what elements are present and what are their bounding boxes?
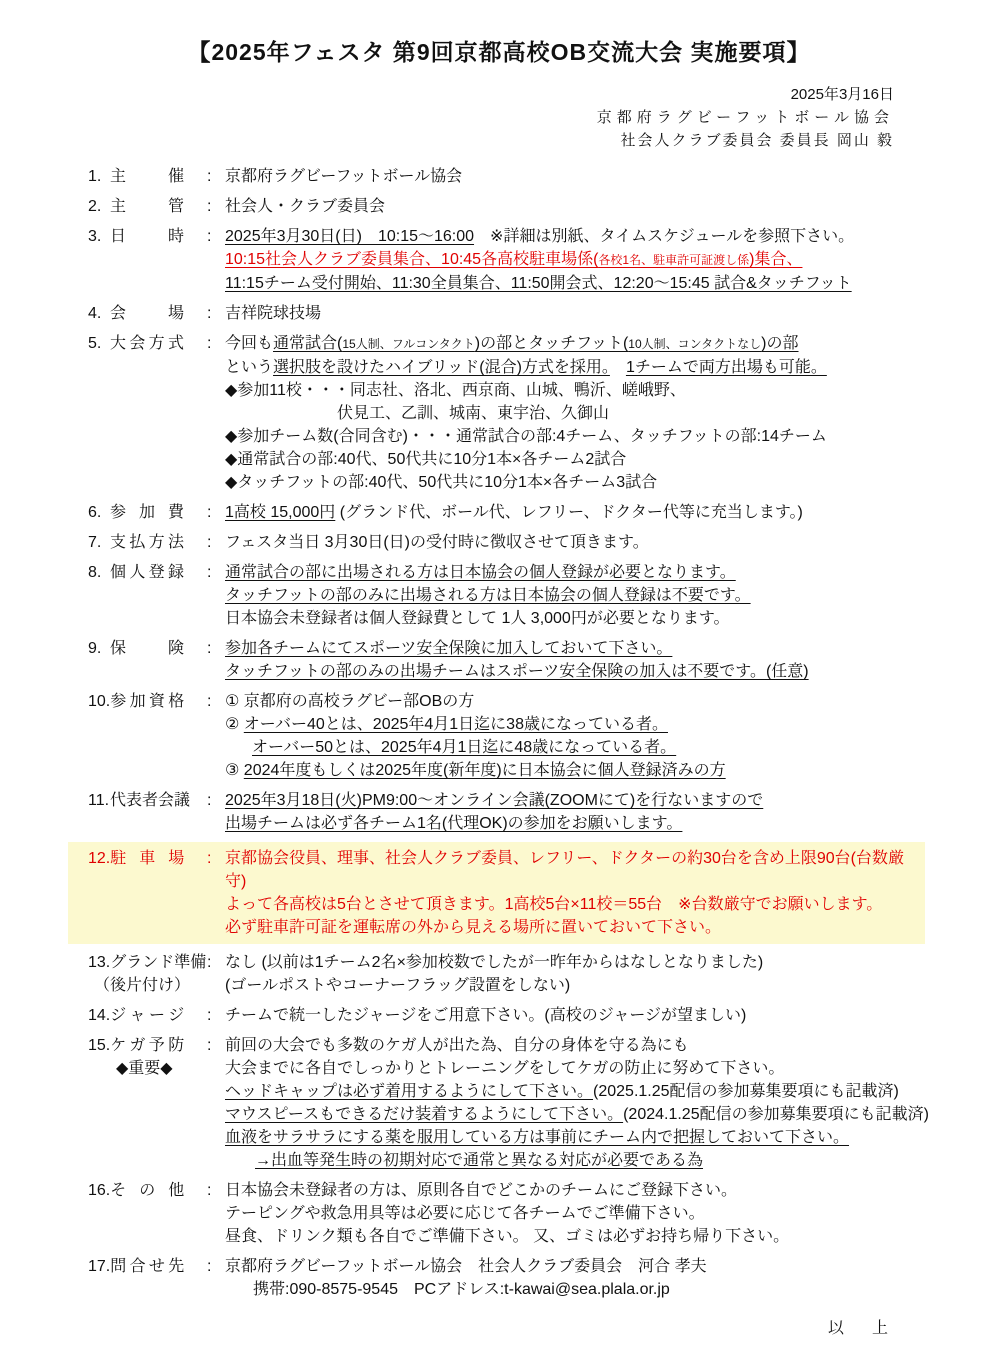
item-row-1: 1.主催:京都府ラグビーフットボール協会 [88, 165, 940, 188]
item-label-text: 代表者会議 [110, 789, 190, 812]
item-label: 15.ケガ予防◆重要◆ [88, 1034, 207, 1172]
text-segment: 大会までに各自でしっかりとトレーニングをしてケガの防止に努めて下さい。 [225, 1060, 784, 1077]
document-page: 【2025年フェスタ 第9回京都高校OB交流大会 実施要項】 2025年3月16… [0, 0, 1000, 1363]
item-label: 12.駐車場 [88, 847, 207, 939]
item-label-text: 主管 [110, 195, 184, 218]
content-line: という選択肢を設けたハイブリッド(混合)方式を採用。 1チームで両方出場も可能。 [225, 356, 940, 379]
item-content: 2025年3月18日(火)PM9:00～オンライン会議(ZOOMにて)を行ないま… [225, 789, 940, 835]
text-segment: 選択肢を設けたハイブリッド(混合)方式を採用。 [273, 359, 610, 376]
content-line: ◆通常試合の部:40代、50代共に10分1本×各チーム2試合 [225, 448, 940, 471]
item-row-6: 6.参加費:1高校 15,000円 (グランド代、ボール代、レフリー、ドクター代… [88, 501, 940, 524]
content-line: 日本協会未登録者の方は、原則各自でどこかのチームにご登録下さい。 [225, 1179, 940, 1202]
content-line: 日本協会未登録者は個人登録費として 1人 3,000円が必要となります。 [225, 607, 940, 630]
item-row-13: 13.グランド準備（後片付け）:なし (以前は1チーム2名×参加校数でしたが一昨… [88, 951, 940, 997]
text-segment: オーバー40とは、2025年4月1日迄に38歳になっている者。 [244, 716, 668, 733]
item-row-12: 12.駐車場:京都協会役員、理事、社会人クラブ委員、レフリー、ドクターの約30台… [68, 842, 925, 944]
content-line: 京都府ラグビーフットボール協会 社会人クラブ委員会 河合 孝夫 [225, 1255, 940, 1278]
label-colon: : [207, 951, 225, 997]
closing-mark: 以 上 [88, 1315, 894, 1338]
label-colon: : [207, 1255, 225, 1301]
text-segment: ② [225, 716, 244, 733]
content-line: 11:15チーム受付開始、11:30全員集合、11:50開会式、12:20～15… [225, 272, 940, 295]
content-line: 大会までに各自でしっかりとトレーニングをしてケガの防止に努めて下さい。 [225, 1057, 940, 1080]
label-colon: : [207, 195, 225, 218]
text-segment: 日本協会未登録者の方は、原則各自でどこかのチームにご登録下さい。 [225, 1182, 737, 1199]
text-segment: ◆参加チーム数(合同含む)・・・通常試合の部:4チーム、タッチフットの部:14チ… [225, 428, 827, 445]
item-row-5: 5.大会方式:今回も通常試合(15人制、フルコンタクト)の部とタッチフット(10… [88, 332, 940, 494]
content-line: 血液をサラサラにする薬を服用している方は事前にチーム内で把握しておいて下さい。 [225, 1126, 940, 1149]
item-label-text: グランド準備 [110, 951, 206, 974]
label-colon: : [207, 531, 225, 554]
text-segment: (2024.1.25配信の参加募集要項にも記載済) [623, 1106, 929, 1123]
item-content: 日本協会未登録者の方は、原則各自でどこかのチームにご登録下さい。テーピングや救急… [225, 1179, 940, 1248]
text-segment: (ゴールポストやコーナーフラッグ設置をしない) [225, 977, 570, 994]
label-colon: : [207, 1004, 225, 1027]
text-segment: フェスタ当日 3月30日(日)の受付時に徴収させて頂きます。 [225, 534, 649, 551]
item-label-text: 支払方法 [110, 531, 184, 554]
content-line: 今回も通常試合(15人制、フルコンタクト)の部とタッチフット(10人制、コンタク… [225, 332, 940, 356]
content-line: ③ 2024年度もしくは2025年度(新年度)に日本協会に個人登録済みの方 [225, 759, 940, 782]
text-segment: 出場チームは必ず各チーム1名(代理OK)の参加をお願いします。 [225, 815, 682, 832]
item-label: 3.日時 [88, 225, 207, 295]
content-line: マウスピースもできるだけ装着するようにして下さい。(2024.1.25配信の参加… [225, 1103, 940, 1126]
label-colon: : [207, 690, 225, 782]
content-line: 2025年3月30日(日) 10:15～16:00 ※詳細は別紙、タイムスケジュ… [225, 225, 940, 248]
text-segment: という [225, 359, 273, 376]
text-segment: )集合、 [749, 251, 802, 268]
item-number: 11. [88, 789, 110, 812]
item-label-text: 会場 [110, 302, 184, 325]
item-number: 9. [88, 637, 110, 660]
item-row-17: 17.問合せ先:京都府ラグビーフットボール協会 社会人クラブ委員会 河合 孝夫携… [88, 1255, 940, 1301]
label-colon: : [207, 637, 225, 683]
item-label-text: その他 [110, 1179, 184, 1202]
item-content: 今回も通常試合(15人制、フルコンタクト)の部とタッチフット(10人制、コンタク… [225, 332, 940, 494]
content-line: よって各高校は5台とさせて頂きます。1高校5台×11校＝55台 ※台数厳守でお願… [225, 893, 925, 916]
item-content: フェスタ当日 3月30日(日)の受付時に徴収させて頂きます。 [225, 531, 940, 554]
item-number: 12. [88, 847, 110, 870]
text-segment: →出血等発生時の初期対応で通常と異なる対応が必要である為 [255, 1152, 703, 1169]
item-number: 14. [88, 1004, 110, 1027]
text-segment: 必ず駐車許可証を運転席の外から見える場所に置いておいて下さい。 [225, 919, 721, 936]
text-segment: ③ [225, 762, 244, 779]
item-label: 6.参加費 [88, 501, 207, 524]
text-segment: 今回も [225, 335, 273, 352]
item-label-text: 日時 [110, 225, 184, 248]
content-line: ◆参加11校・・・同志社、洛北、西京商、山城、鴨沂、嵯峨野、 [225, 379, 940, 402]
chairperson-line: 社会人クラブ委員会 委員長 岡山 毅 [88, 129, 894, 152]
text-segment: よって各高校は5台とさせて頂きます。1高校5台×11校＝55台 ※台数厳守でお願… [225, 896, 882, 913]
text-segment: 京都府ラグビーフットボール協会 社会人クラブ委員会 河合 孝夫 [225, 1258, 707, 1275]
label-colon: : [207, 1179, 225, 1248]
text-segment: タッチフットの部のみに出場される方は日本協会の個人登録は不要です。 [225, 587, 751, 604]
item-label: 17.問合せ先 [88, 1255, 207, 1301]
item-content: 社会人・クラブ委員会 [225, 195, 940, 218]
content-line: オーバー50とは、2025年4月1日迄に48歳になっている者。 [225, 736, 940, 759]
label-colon: : [207, 561, 225, 630]
text-segment: 各校1名、駐車許可証渡し係 [598, 253, 749, 267]
item-label: 16.その他 [88, 1179, 207, 1248]
item-label-text: 大会方式 [110, 332, 184, 355]
label-colon: : [207, 1034, 225, 1172]
text-segment: 1チームで両方出場も可能。 [626, 359, 827, 376]
item-number: 2. [88, 195, 110, 218]
text-segment: 10人制、コンタクトなし [628, 337, 761, 351]
item-label-text: 参加資格 [110, 690, 184, 713]
content-line: 吉祥院球技場 [225, 302, 940, 325]
text-segment: 通常試合の部に出場される方は日本協会の個人登録が必要となります。 [225, 564, 736, 581]
text-segment: 11:15チーム受付開始、11:30全員集合、11:50開会式、12:20～15… [225, 275, 852, 292]
label-colon: : [207, 501, 225, 524]
content-line: タッチフットの部のみの出場チームはスポーツ安全保険の加入は不要です。(任意) [225, 660, 940, 683]
text-segment: ◆参加11校・・・同志社、洛北、西京商、山城、鴨沂、嵯峨野、 [225, 382, 686, 399]
content-line: 携帯:090-8575-9545 PCアドレス:t-kawai@sea.plal… [225, 1278, 940, 1301]
item-sublabel: ◆重要◆ [116, 1057, 207, 1080]
content-line: ◆タッチフットの部:40代、50代共に10分1本×各チーム3試合 [225, 471, 940, 494]
text-segment: 2024年度もしくは2025年度(新年度)に日本協会に個人登録済みの方 [244, 762, 726, 779]
text-segment: 血液をサラサラにする薬を服用している方は事前にチーム内で把握しておいて下さい。 [225, 1129, 849, 1146]
text-segment: 京都府ラグビーフットボール協会 [225, 168, 462, 185]
text-segment: オーバー50とは、2025年4月1日迄に48歳になっている者。 [252, 739, 676, 756]
item-number: 5. [88, 332, 110, 355]
content-line: テーピングや救急用具等は必要に応じて各チームでご準備下さい。 [225, 1202, 940, 1225]
content-line: なし (以前は1チーム2名×参加校数でしたが一昨年からはなしとなりました) [225, 951, 940, 974]
issuing-organization: 京都府ラグビーフットボール協会 [88, 106, 894, 129]
item-label-text: ケガ予防 [110, 1034, 184, 1057]
items-list: 1.主催:京都府ラグビーフットボール協会2.主管:社会人・クラブ委員会3.日時:… [88, 165, 940, 1301]
text-segment: 昼食、ドリンク類も各自でご準備下さい。 又、ゴミは必ずお持ち帰り下さい。 [225, 1228, 789, 1245]
content-line: 京都府ラグビーフットボール協会 [225, 165, 940, 188]
text-segment: 京都協会役員、理事、社会人クラブ委員、レフリー、ドクターの約30台を含め上限90… [225, 850, 904, 890]
content-line: 参加各チームにてスポーツ安全保険に加入しておいて下さい。 [225, 637, 940, 660]
text-segment: 15人制、フルコンタクト [342, 337, 474, 351]
text-segment: 1高校 15,000円 [225, 504, 335, 521]
item-label: 9.保険 [88, 637, 207, 683]
item-row-16: 16.その他:日本協会未登録者の方は、原則各自でどこかのチームにご登録下さい。テ… [88, 1179, 940, 1248]
text-segment [610, 359, 626, 376]
label-colon: : [207, 789, 225, 835]
text-segment: 携帯:090-8575-9545 PCアドレス:t-kawai@sea.plal… [253, 1281, 670, 1298]
item-label-text: 個人登録 [110, 561, 184, 584]
text-segment: 2025年3月30日(日) 10:15～16:00 [225, 228, 474, 245]
item-row-9: 9.保険:参加各チームにてスポーツ安全保険に加入しておいて下さい。タッチフットの… [88, 637, 940, 683]
item-row-15: 15.ケガ予防◆重要◆:前回の大会でも多数のケガ人が出た為、自分の身体を守る為に… [88, 1034, 940, 1172]
text-segment: (2025.1.25配信の参加募集要項にも記載済) [593, 1083, 899, 1100]
item-number: 16. [88, 1179, 110, 1202]
text-segment: なし (以前は1チーム2名×参加校数でしたが一昨年からはなしとなりました) [225, 954, 763, 971]
label-colon: : [207, 847, 225, 939]
item-number: 1. [88, 165, 110, 188]
text-segment: 日本協会未登録者は個人登録費として 1人 3,000円が必要となります。 [225, 610, 730, 627]
label-colon: : [207, 165, 225, 188]
item-number: 4. [88, 302, 110, 325]
content-line: (ゴールポストやコーナーフラッグ設置をしない) [225, 974, 940, 997]
page-title: 【2025年フェスタ 第9回京都高校OB交流大会 実施要項】 [58, 34, 940, 67]
item-label: 4.会場 [88, 302, 207, 325]
content-line: 伏見工、乙訓、城南、東宇治、久御山 [225, 402, 940, 425]
content-line: 2025年3月18日(火)PM9:00～オンライン会議(ZOOMにて)を行ないま… [225, 789, 940, 812]
text-segment: 吉祥院球技場 [225, 305, 321, 322]
item-row-8: 8.個人登録:通常試合の部に出場される方は日本協会の個人登録が必要となります。タ… [88, 561, 940, 630]
text-segment: チームで統一したジャージをご用意下さい。(高校のジャージが望ましい) [225, 1007, 746, 1024]
item-label: 11.代表者会議 [88, 789, 207, 835]
item-number: 15. [88, 1034, 110, 1057]
item-label-text: 問合せ先 [110, 1255, 184, 1278]
item-content: チームで統一したジャージをご用意下さい。(高校のジャージが望ましい) [225, 1004, 940, 1027]
content-line: 1高校 15,000円 (グランド代、ボール代、レフリー、ドクター代等に充当しま… [225, 501, 940, 524]
content-line: ◆参加チーム数(合同含む)・・・通常試合の部:4チーム、タッチフットの部:14チ… [225, 425, 940, 448]
item-content: 京都府ラグビーフットボール協会 社会人クラブ委員会 河合 孝夫携帯:090-85… [225, 1255, 940, 1301]
label-colon: : [207, 302, 225, 325]
text-segment: 2025年3月18日(火)PM9:00～オンライン会議(ZOOMにて)を行ないま… [225, 792, 763, 809]
item-label: 14.ジャージ [88, 1004, 207, 1027]
item-label: 13.グランド準備（後片付け） [88, 951, 207, 997]
item-content: 吉祥院球技場 [225, 302, 940, 325]
item-content: 1高校 15,000円 (グランド代、ボール代、レフリー、ドクター代等に充当しま… [225, 501, 940, 524]
item-content: なし (以前は1チーム2名×参加校数でしたが一昨年からはなしとなりました)(ゴー… [225, 951, 940, 997]
text-segment: テーピングや救急用具等は必要に応じて各チームでご準備下さい。 [225, 1205, 705, 1222]
item-label-text: 駐車場 [110, 847, 184, 870]
content-line: チームで統一したジャージをご用意下さい。(高校のジャージが望ましい) [225, 1004, 940, 1027]
text-segment: ◆通常試合の部:40代、50代共に10分1本×各チーム2試合 [225, 451, 626, 468]
item-number: 17. [88, 1255, 110, 1278]
issue-date: 2025年3月16日 [88, 83, 894, 106]
content-line: 10:15社会人クラブ委員集合、10:45各高校駐車場係(各校1名、駐車許可証渡… [225, 248, 940, 272]
content-line: 通常試合の部に出場される方は日本協会の個人登録が必要となります。 [225, 561, 940, 584]
item-row-14: 14.ジャージ:チームで統一したジャージをご用意下さい。(高校のジャージが望まし… [88, 1004, 940, 1027]
item-label: 8.個人登録 [88, 561, 207, 630]
item-content: 京都協会役員、理事、社会人クラブ委員、レフリー、ドクターの約30台を含め上限90… [225, 847, 925, 939]
item-content: 通常試合の部に出場される方は日本協会の個人登録が必要となります。タッチフットの部… [225, 561, 940, 630]
item-row-3: 3.日時:2025年3月30日(日) 10:15～16:00 ※詳細は別紙、タイ… [88, 225, 940, 295]
item-row-10: 10.参加資格:① 京都府の高校ラグビー部OBの方② オーバー40とは、2025… [88, 690, 940, 782]
item-number: 7. [88, 531, 110, 554]
text-segment: タッチフットの部のみの出場チームはスポーツ安全保険の加入は不要です。(任意) [225, 663, 809, 680]
item-label-text: 主催 [110, 165, 184, 188]
text-segment: 伏見工、乙訓、城南、東宇治、久御山 [337, 405, 609, 422]
content-line: 昼食、ドリンク類も各自でご準備下さい。 又、ゴミは必ずお持ち帰り下さい。 [225, 1225, 940, 1248]
item-number: 6. [88, 501, 110, 524]
text-segment: ヘッドキャップは必ず着用するようにして下さい。 [225, 1083, 593, 1100]
text-segment: 10:15社会人クラブ委員集合、10:45各高校駐車場係( [225, 251, 598, 268]
item-content: 参加各チームにてスポーツ安全保険に加入しておいて下さい。タッチフットの部のみの出… [225, 637, 940, 683]
label-colon: : [207, 332, 225, 494]
text-segment: 通常試合( [273, 335, 342, 352]
item-label: 7.支払方法 [88, 531, 207, 554]
content-line: 出場チームは必ず各チーム1名(代理OK)の参加をお願いします。 [225, 812, 940, 835]
item-content: 2025年3月30日(日) 10:15～16:00 ※詳細は別紙、タイムスケジュ… [225, 225, 940, 295]
content-line: 必ず駐車許可証を運転席の外から見える場所に置いておいて下さい。 [225, 916, 925, 939]
content-line: →出血等発生時の初期対応で通常と異なる対応が必要である為 [225, 1149, 940, 1172]
item-row-4: 4.会場:吉祥院球技場 [88, 302, 940, 325]
document-header: 2025年3月16日 京都府ラグビーフットボール協会 社会人クラブ委員会 委員長… [88, 83, 940, 152]
item-row-7: 7.支払方法:フェスタ当日 3月30日(日)の受付時に徴収させて頂きます。 [88, 531, 940, 554]
item-label: 5.大会方式 [88, 332, 207, 494]
item-sublabel: （後片付け） [94, 974, 207, 997]
text-segment: )の部 [761, 335, 798, 352]
item-label-text: 参加費 [110, 501, 184, 524]
text-segment: ◆タッチフットの部:40代、50代共に10分1本×各チーム3試合 [225, 474, 657, 491]
content-line: フェスタ当日 3月30日(日)の受付時に徴収させて頂きます。 [225, 531, 940, 554]
item-label-text: ジャージ [110, 1004, 184, 1027]
text-segment: )の部とタッチフット( [475, 335, 629, 352]
content-line: ② オーバー40とは、2025年4月1日迄に38歳になっている者。 [225, 713, 940, 736]
text-segment: 参加各チームにてスポーツ安全保険に加入しておいて下さい。 [225, 640, 672, 657]
text-segment: ※詳細は別紙、タイムスケジュールを参照下さい。 [474, 228, 854, 245]
content-line: 京都協会役員、理事、社会人クラブ委員、レフリー、ドクターの約30台を含め上限90… [225, 847, 925, 893]
item-content: ① 京都府の高校ラグビー部OBの方② オーバー40とは、2025年4月1日迄に3… [225, 690, 940, 782]
item-label: 10.参加資格 [88, 690, 207, 782]
label-colon: : [207, 225, 225, 295]
item-row-2: 2.主管:社会人・クラブ委員会 [88, 195, 940, 218]
item-row-11: 11.代表者会議:2025年3月18日(火)PM9:00～オンライン会議(ZOO… [88, 789, 940, 835]
content-line: 社会人・クラブ委員会 [225, 195, 940, 218]
item-number: 13. [88, 951, 110, 974]
text-segment: (グランド代、ボール代、レフリー、ドクター代等に充当します。) [335, 504, 803, 521]
content-line: ① 京都府の高校ラグビー部OBの方 [225, 690, 940, 713]
item-label: 1.主催 [88, 165, 207, 188]
item-number: 8. [88, 561, 110, 584]
text-segment: 前回の大会でも多数のケガ人が出た為、自分の身体を守る為にも [225, 1037, 689, 1054]
item-number: 3. [88, 225, 110, 248]
content-line: タッチフットの部のみに出場される方は日本協会の個人登録は不要です。 [225, 584, 940, 607]
item-label-text: 保険 [110, 637, 184, 660]
text-segment: ① 京都府の高校ラグビー部OBの方 [225, 693, 474, 710]
text-segment: 社会人・クラブ委員会 [225, 198, 385, 215]
content-line: ヘッドキャップは必ず着用するようにして下さい。(2025.1.25配信の参加募集… [225, 1080, 940, 1103]
item-content: 前回の大会でも多数のケガ人が出た為、自分の身体を守る為にも大会までに各自でしっか… [225, 1034, 940, 1172]
item-label: 2.主管 [88, 195, 207, 218]
content-line: 前回の大会でも多数のケガ人が出た為、自分の身体を守る為にも [225, 1034, 940, 1057]
text-segment: マウスピースもできるだけ装着するようにして下さい。 [225, 1106, 623, 1123]
item-content: 京都府ラグビーフットボール協会 [225, 165, 940, 188]
item-number: 10. [88, 690, 110, 713]
